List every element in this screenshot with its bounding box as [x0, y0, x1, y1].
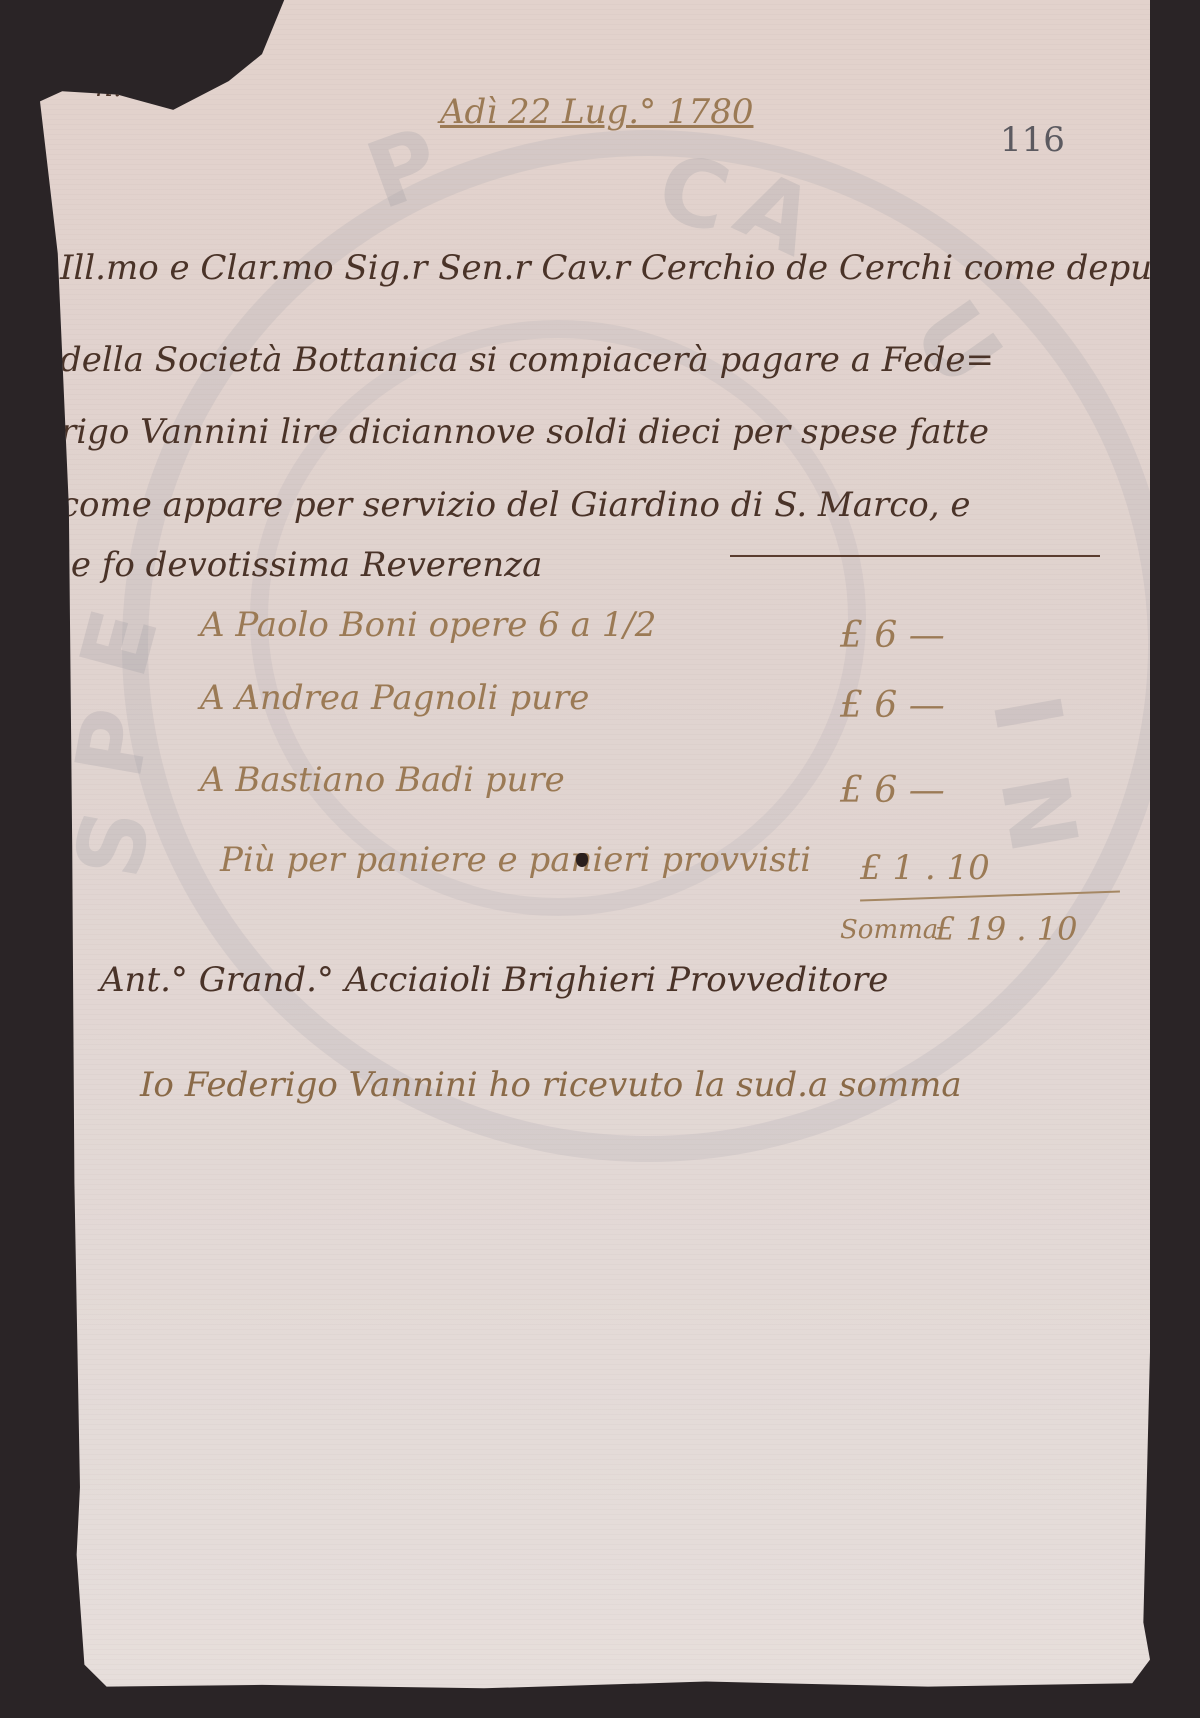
item-description: A Andrea Pagnoli pure	[200, 678, 589, 718]
body-line: rigo Vannini lire diciannove soldi dieci…	[60, 412, 989, 452]
folio-number: 116	[1000, 120, 1065, 160]
total-amount: £ 19 . 10	[935, 910, 1077, 948]
paper-hole	[576, 853, 588, 867]
item-amount: £ 1 . 10	[860, 848, 990, 888]
document-number: n.° 756	[95, 70, 198, 103]
item-description: Più per paniere e panieri provvisti	[220, 840, 811, 880]
item-amount: £ 6 —	[840, 615, 945, 656]
body-line: le fo devotissima Reverenza	[60, 545, 542, 585]
document-date: Adì 22 Lug.° 1780	[440, 92, 753, 132]
closing-rule	[730, 555, 1100, 557]
item-description: A Bastiano Badi pure	[200, 760, 565, 800]
receipt-line: Io Federigo Vannini ho ricevuto la sud.a…	[140, 1065, 962, 1105]
signature: Ant.° Grand.° Acciaioli Brighieri Provve…	[100, 960, 888, 1000]
item-description: A Paolo Boni opere 6 a 1/2	[200, 605, 656, 645]
item-amount: £ 6 —	[840, 770, 945, 811]
body-line: Ill.mo e Clar.mo Sig.r Sen.r Cav.r Cerch…	[60, 248, 1200, 288]
body-line: della Società Bottanica si compiacerà pa…	[60, 340, 994, 380]
item-amount: £ 6 —	[840, 685, 945, 726]
total-label: Somma	[840, 915, 938, 945]
body-line: come appare per servizio del Giardino di…	[60, 485, 971, 525]
manuscript-page: P C A S P E N I U n.° 756 Adì 22 Lug.° 1…	[40, 0, 1150, 1690]
